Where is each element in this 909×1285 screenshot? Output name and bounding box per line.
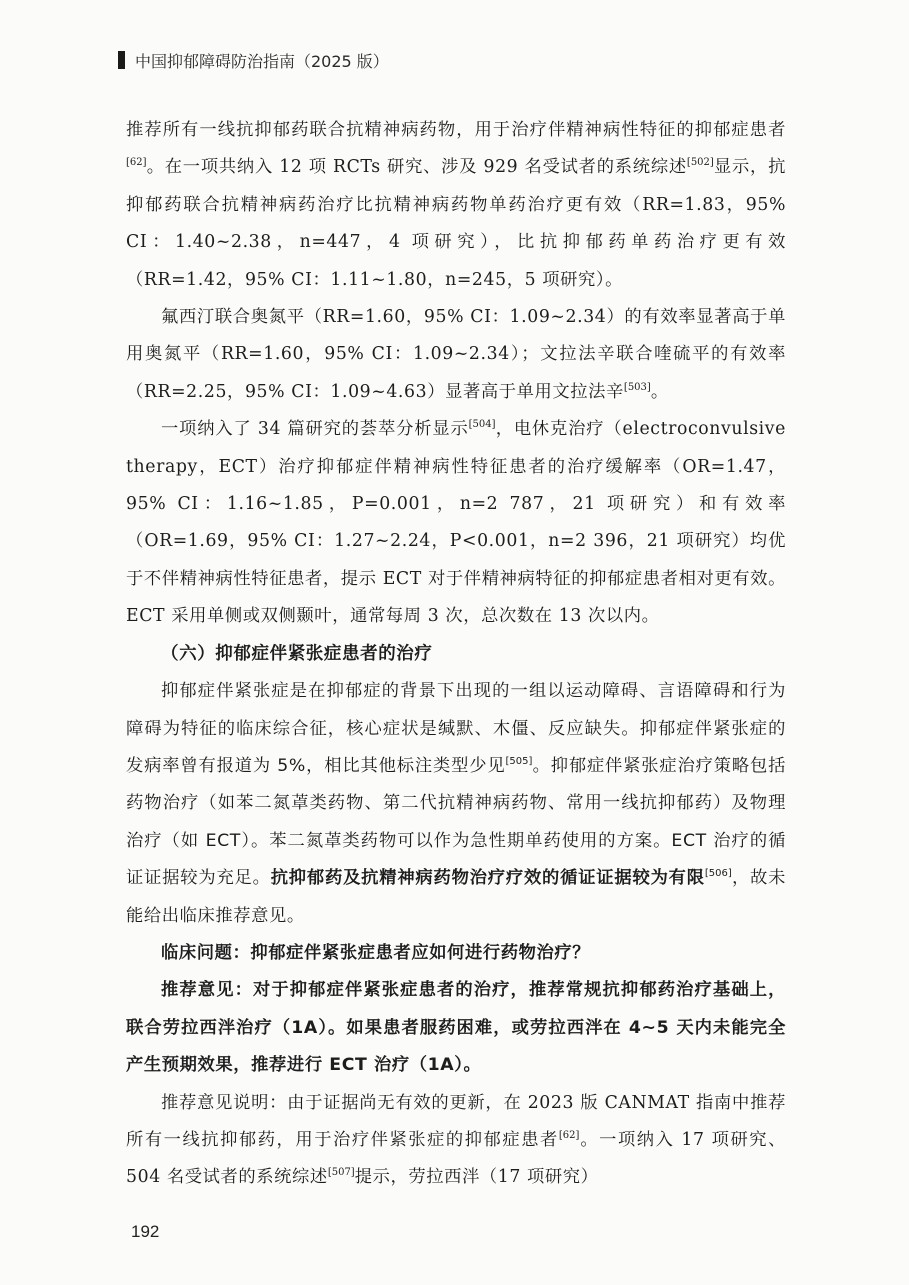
paragraph-catatonia-overview: 抑郁症伴紧张症是在抑郁症的背景下出现的一组以运动障碍、言语障碍和行为障碍为特征的…	[126, 673, 786, 935]
citation-ref: [507]	[328, 1168, 355, 1179]
citation-ref: [506]	[705, 868, 732, 879]
clinical-question: 临床问题：抑郁症伴紧张症患者应如何进行药物治疗？	[126, 935, 786, 972]
bold-emphasis: 抗抑郁药及抗精神病药物治疗疗效的循证证据较为有限	[271, 868, 705, 888]
paragraph-recommendation-explanation: 推荐意见说明：由于证据尚无有效的更新，在 2023 版 CANMAT 指南中推荐…	[126, 1085, 786, 1197]
section-heading: （六）抑郁症伴紧张症患者的治疗	[126, 636, 786, 673]
paragraph-fluoxetine-olanzapine: 氟西汀联合奥氮平（RR=1.60，95% CI：1.09~2.34）的有效率显著…	[126, 299, 786, 411]
citation-ref: [502]	[687, 158, 714, 169]
citation-ref: [62]	[559, 1130, 580, 1141]
page-number: 192	[131, 1222, 159, 1242]
paragraph-ect-meta-analysis: 一项纳入了 34 篇研究的荟萃分析显示[504]，电休克治疗（electroco…	[126, 411, 786, 635]
citation-ref: [62]	[126, 158, 147, 169]
recommendation: 推荐意见：对于抑郁症伴紧张症患者的治疗，推荐常规抗抑郁药治疗基础上，联合劳拉西泮…	[126, 972, 786, 1084]
citation-ref: [505]	[505, 756, 532, 767]
citation-ref: [504]	[469, 419, 496, 430]
running-title: 中国抑郁障碍防治指南（2025 版）	[135, 49, 389, 72]
citation-ref: [503]	[624, 382, 651, 393]
paragraph-psychotic-features-combination: 推荐所有一线抗抑郁药联合抗精神病药物，用于治疗伴精神病性特征的抑郁症患者[62]…	[126, 112, 786, 299]
running-header: 中国抑郁障碍防治指南（2025 版）	[118, 49, 389, 71]
header-bar-marker	[118, 51, 125, 69]
page-body: 推荐所有一线抗抑郁药联合抗精神病药物，用于治疗伴精神病性特征的抑郁症患者[62]…	[126, 112, 786, 1197]
